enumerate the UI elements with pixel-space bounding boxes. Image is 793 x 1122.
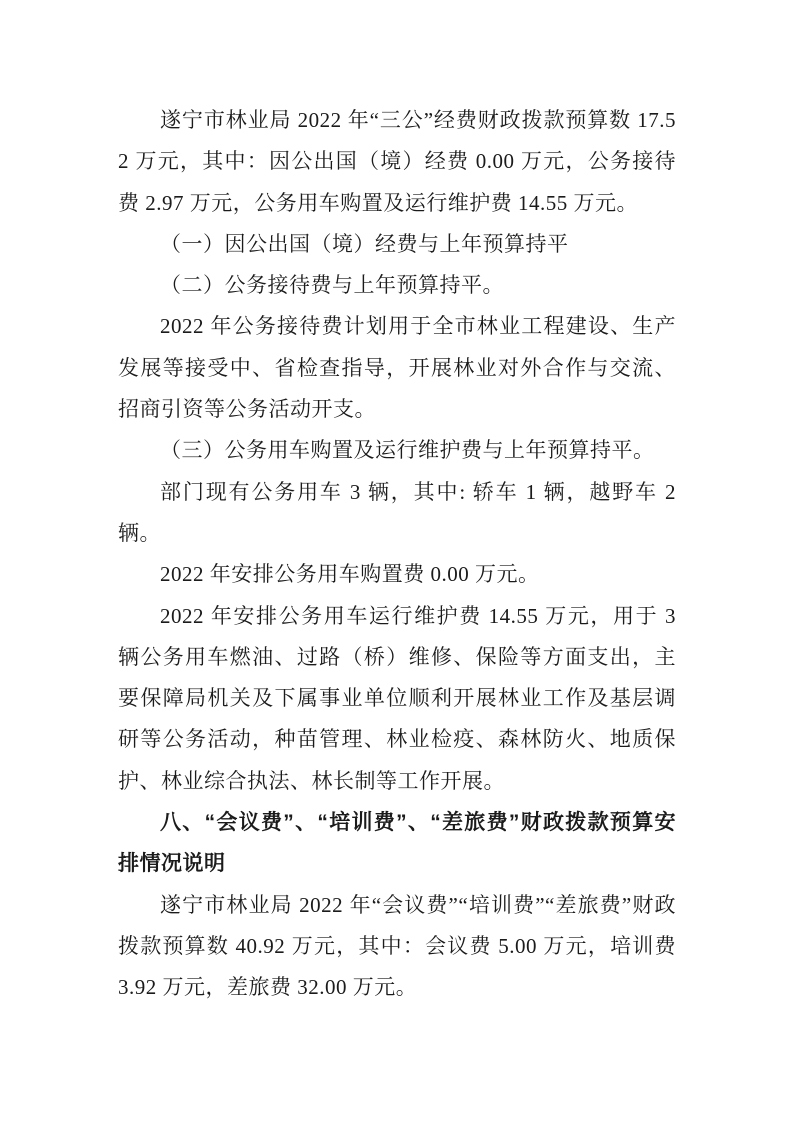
- subheading-item-1-abroad-expense: （一）因公出国（境）经费与上年预算持平: [118, 224, 676, 265]
- para-vehicle-purchase-budget: 2022 年安排公务用车购置费 0.00 万元。: [118, 554, 676, 595]
- subheading-item-2-reception-expense: （二）公务接待费与上年预算持平。: [118, 265, 676, 306]
- document-page: 遂宁市林业局 2022 年“三公”经费财政拨款预算数 17.52 万元，其中：因…: [0, 0, 793, 1122]
- subheading-item-3-vehicle-expense: （三）公务用车购置及运行维护费与上年预算持平。: [118, 430, 676, 471]
- para-reception-expense-usage: 2022 年公务接待费计划用于全市林业工程建设、生产发展等接受中、省检查指导，开…: [118, 306, 676, 430]
- document-body: 遂宁市林业局 2022 年“三公”经费财政拨款预算数 17.52 万元，其中：因…: [118, 100, 676, 1009]
- para-vehicle-count: 部门现有公务用车 3 辆，其中: 轿车 1 辆，越野车 2 辆。: [118, 472, 676, 555]
- para-sangong-budget-summary: 遂宁市林业局 2022 年“三公”经费财政拨款预算数 17.52 万元，其中：因…: [118, 100, 676, 224]
- section-heading-meeting-training-travel-fees: 八、“会议费”、“培训费”、“差旅费”财政拨款预算安排情况说明: [118, 802, 676, 885]
- para-vehicle-maintenance-budget: 2022 年安排公务用车运行维护费 14.55 万元，用于 3 辆公务用车燃油、…: [118, 596, 676, 802]
- para-meeting-training-travel-budget: 遂宁市林业局 2022 年“会议费”“培训费”“差旅费”财政拨款预算数 40.9…: [118, 885, 676, 1009]
